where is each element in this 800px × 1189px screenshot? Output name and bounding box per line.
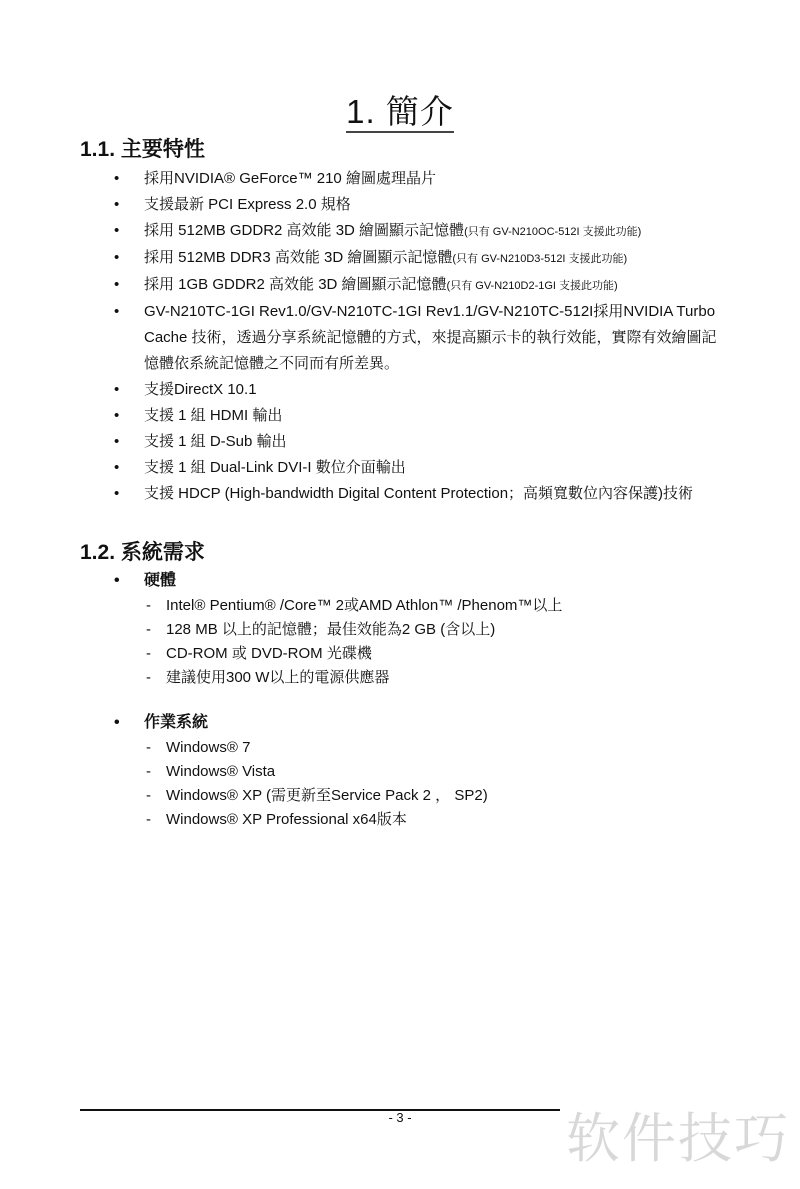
page-title: 1. 簡介 bbox=[0, 86, 800, 133]
os-heading: •作業系統 bbox=[114, 710, 488, 736]
hardware-heading: •硬體 bbox=[114, 568, 562, 594]
list-item: •採用 1GB GDDR2 高效能 3D 繪圖顯示記憶體(只有 GV-N210D… bbox=[114, 272, 730, 299]
os-list: -Windows® 7 -Windows® Vista -Windows® XP… bbox=[146, 736, 488, 832]
list-item: -Windows® XP (需更新至Service Pack 2 ， SP2) bbox=[146, 784, 488, 808]
list-item: •支援 1 組 Dual-Link DVI-I 數位介面輸出 bbox=[114, 455, 730, 481]
list-item: •支援DirectX 10.1 bbox=[114, 377, 730, 403]
list-item: •支援最新 PCI Express 2.0 規格 bbox=[114, 192, 730, 218]
list-item: •採用 512MB GDDR2 高效能 3D 繪圖顯示記憶體(只有 GV-N21… bbox=[114, 218, 730, 245]
list-item: -CD-ROM 或 DVD-ROM 光碟機 bbox=[146, 642, 562, 666]
watermark: 软件技巧 bbox=[566, 1096, 790, 1173]
list-item: -128 MB 以上的記憶體；最佳效能為2 GB (含以上) bbox=[146, 618, 562, 642]
list-item: -Windows® 7 bbox=[146, 736, 488, 760]
list-item: -建議使用300 W以上的電源供應器 bbox=[146, 666, 562, 690]
list-item: •GV-N210TC-1GI Rev1.0/GV-N210TC-1GI Rev1… bbox=[114, 299, 730, 377]
list-item: •採用 512MB DDR3 高效能 3D 繪圖顯示記憶體(只有 GV-N210… bbox=[114, 245, 730, 272]
list-item: -Windows® Vista bbox=[146, 760, 488, 784]
list-item: -Intel® Pentium® /Core™ 2或AMD Athlon™ /P… bbox=[146, 594, 562, 618]
list-item: -Windows® XP Professional x64版本 bbox=[146, 808, 488, 832]
hardware-list: -Intel® Pentium® /Core™ 2或AMD Athlon™ /P… bbox=[146, 594, 562, 690]
section-heading-features: 1.1. 主要特性 bbox=[80, 133, 205, 163]
hardware-group: •硬體 -Intel® Pentium® /Core™ 2或AMD Athlon… bbox=[114, 568, 562, 690]
list-item: •支援 HDCP (High-bandwidth Digital Content… bbox=[114, 481, 730, 507]
list-item: •支援 1 組 D-Sub 輸出 bbox=[114, 429, 730, 455]
section-heading-requirements: 1.2. 系統需求 bbox=[80, 536, 205, 566]
features-list: •採用NVIDIA® GeForce™ 210 繪圖處理晶片 •支援最新 PCI… bbox=[114, 166, 730, 507]
list-item: •支援 1 組 HDMI 輸出 bbox=[114, 403, 730, 429]
list-item: •採用NVIDIA® GeForce™ 210 繪圖處理晶片 bbox=[114, 166, 730, 192]
os-group: •作業系統 -Windows® 7 -Windows® Vista -Windo… bbox=[114, 710, 488, 832]
